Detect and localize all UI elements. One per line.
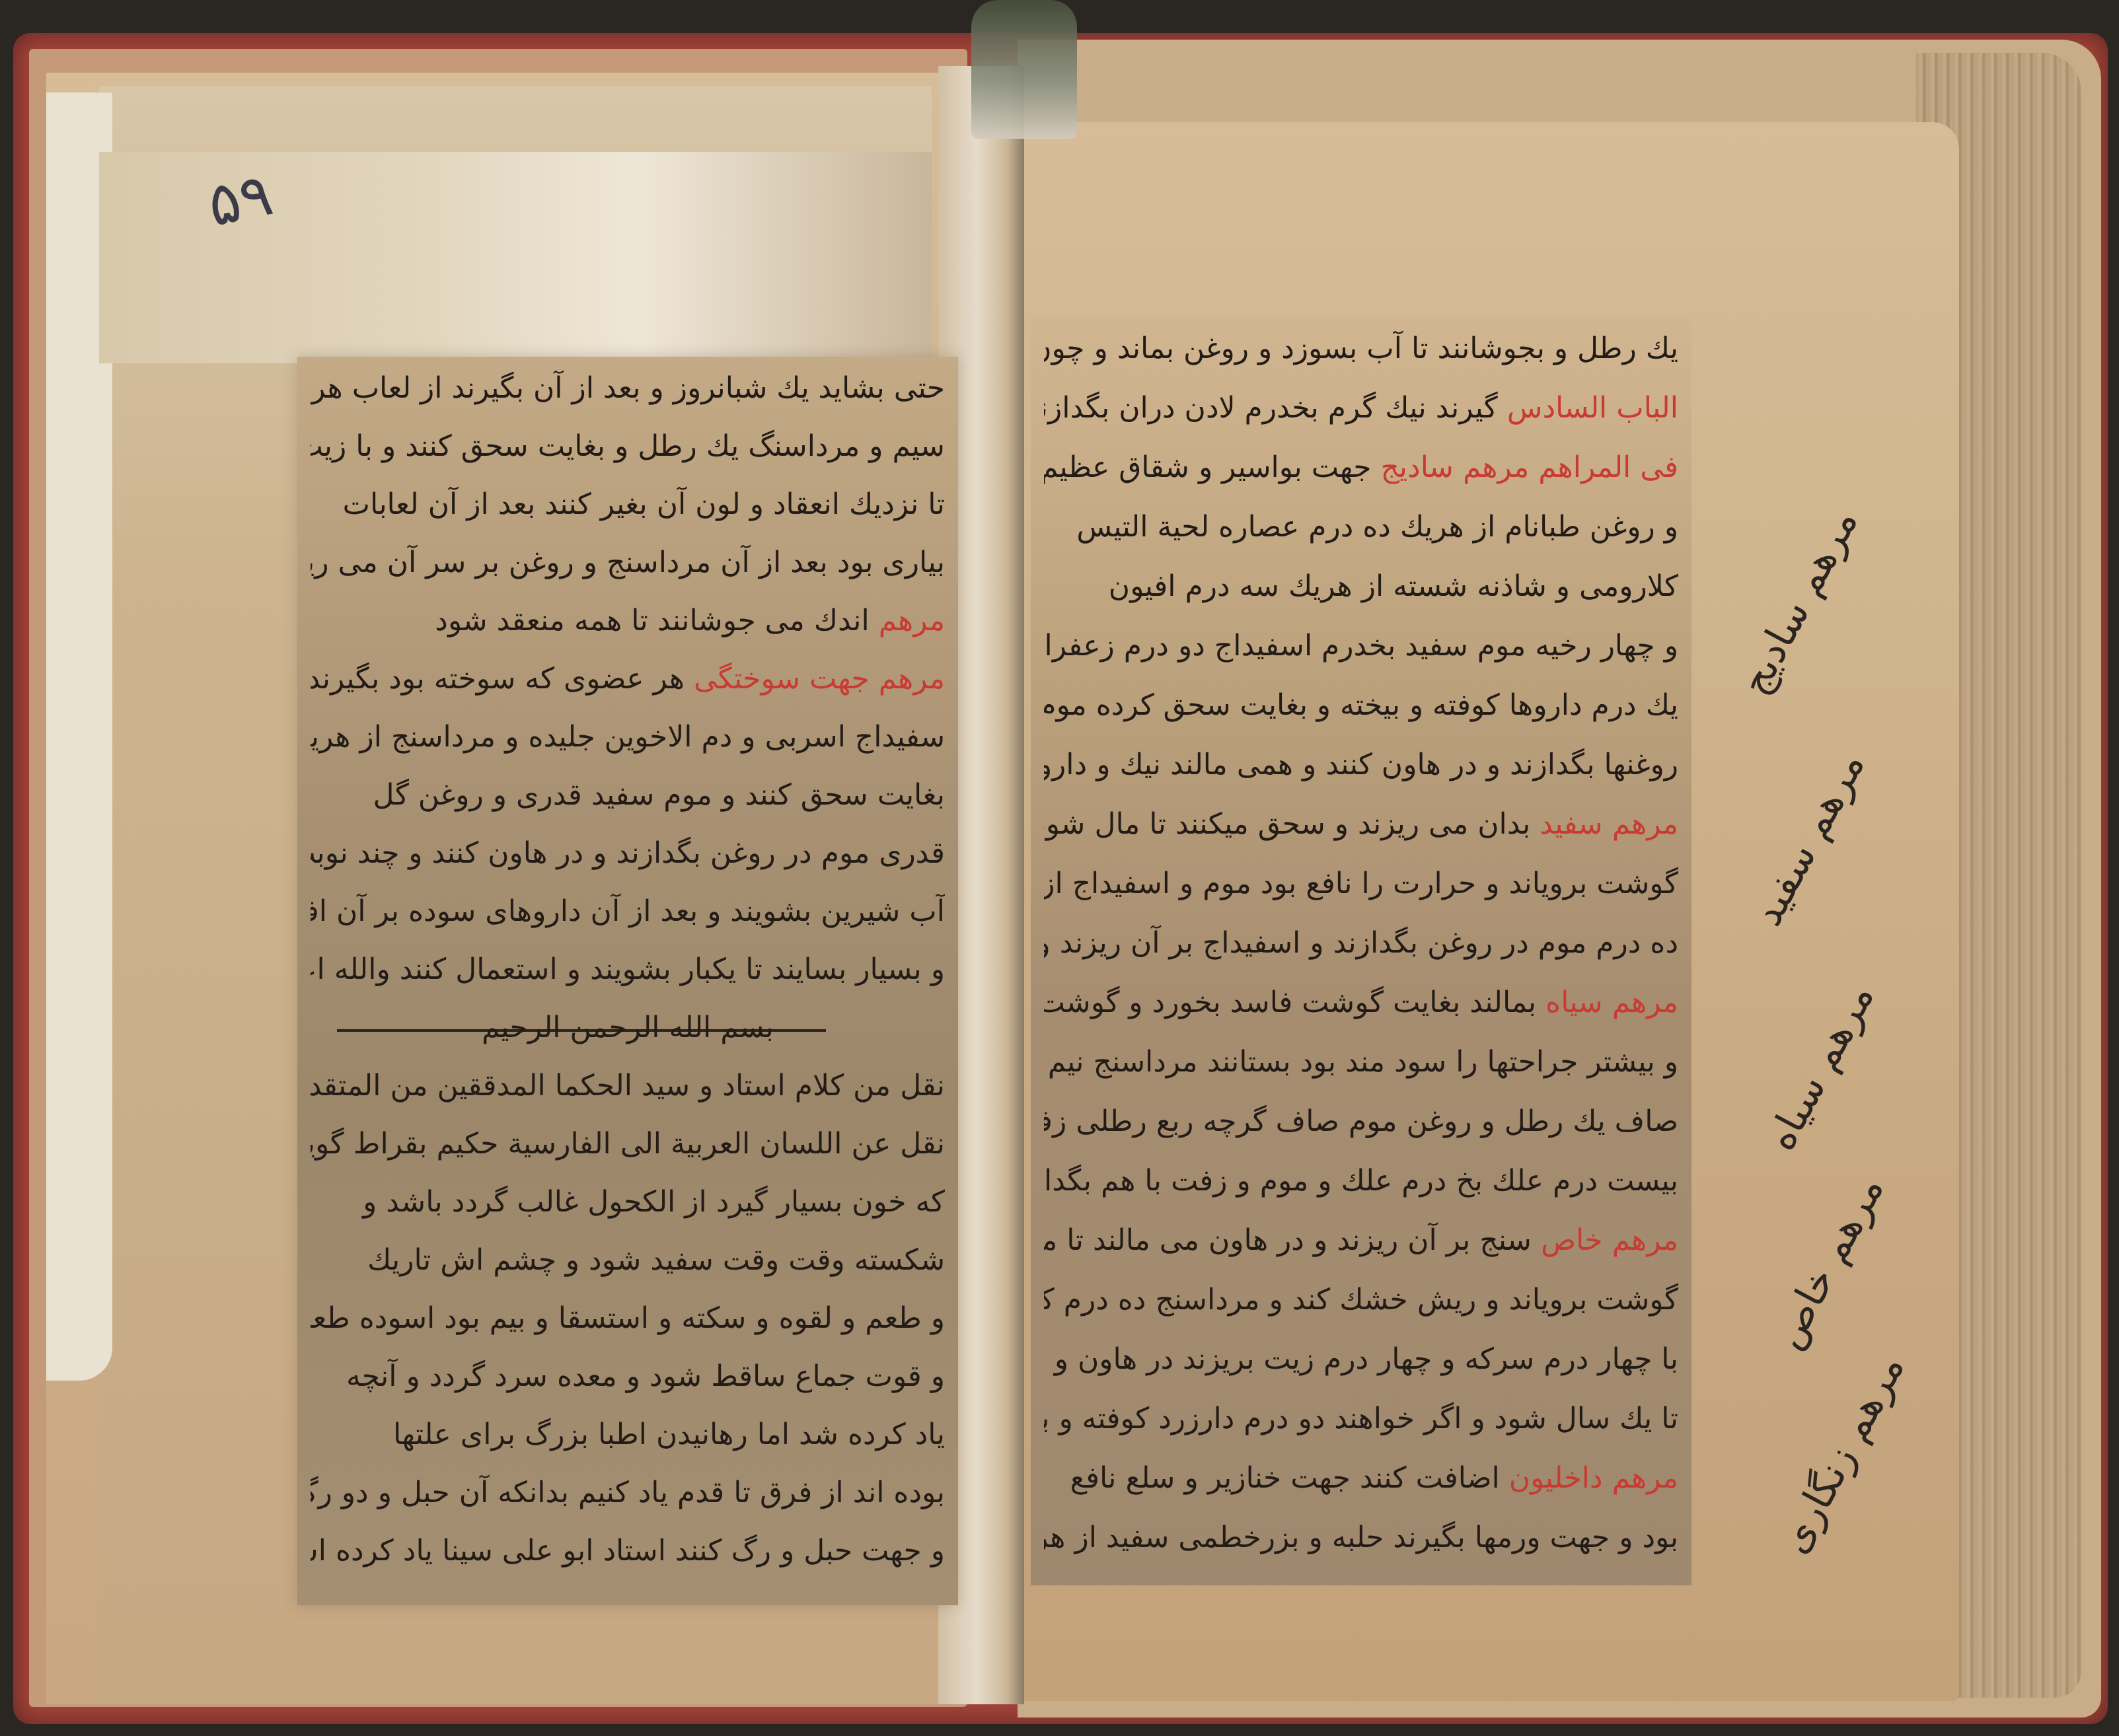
line-text: سنج بر آن ریزند و در هاون می مالند تا من… — [1044, 1223, 1532, 1257]
manuscript-line: سیم و مرداسنگ یك رطل و بغایت سحق كنند و … — [311, 428, 945, 465]
manuscript-line: تا نزدیك انعقاد و لون آن بغیر كنند بعد ا… — [311, 486, 945, 523]
line-text: بود و جهت ورمها بگیرند حلبه و بزرخطمی سف… — [1044, 1521, 1678, 1554]
manuscript-line: مرهم سفید بدان می ریزند و سحق میكنند تا … — [1044, 806, 1678, 843]
line-text: بیاری بود بعد از آن مرداسنج و روغن بر سر… — [311, 546, 945, 579]
line-text: و بیشتر جراحتها را سود مند بود بستانند م… — [1044, 1045, 1678, 1079]
line-text: تا نزدیك انعقاد و لون آن بغیر كنند بعد ا… — [343, 488, 945, 521]
rubric-heading: مرهم سفید — [1540, 807, 1678, 841]
line-text: بیست درم علك بخ درم علك و موم و زفت با ه… — [1044, 1164, 1678, 1198]
rubric-heading: مرهم سیاه — [1545, 986, 1678, 1019]
line-text: صاف یك رطل و روغن موم صاف گرچه ربع رطلی … — [1044, 1104, 1678, 1138]
line-text: جهت بواسیر و شقاق عظیم نافع اگر ریشه — [1044, 451, 1371, 484]
line-text: گیرند نیك گرم بخدرم لادن دران بگدازند — [1044, 391, 1498, 425]
manuscript-line: ده درم موم در روغن بگدازند و اسفیداج بر … — [1044, 925, 1678, 962]
manuscript-line: كلارومی و شاذنه شسته از هریك سه درم افیو… — [1044, 568, 1678, 605]
line-text: یك رطل و بجوشانند تا آب بسوزد و روغن بما… — [1044, 332, 1678, 365]
manuscript-line: نقل من كلام استاد و سید الحكما المدققین … — [311, 1067, 945, 1104]
line-text: گوشت برویاند و ریش خشك كند و مرداسنج ده … — [1044, 1283, 1678, 1317]
manuscript-spread: ۵۹ حتی بشاید یك شبانروز و بعد از آن بگیر… — [0, 0, 2119, 1736]
line-text: سیم و مرداسنگ یك رطل و بغایت سحق كنند و … — [311, 429, 945, 463]
line-text: نقل من كلام استاد و سید الحكما المدققین … — [311, 1069, 945, 1103]
manuscript-line: بیاری بود بعد از آن مرداسنج و روغن بر سر… — [311, 544, 945, 581]
manuscript-line: یك درم داروها كوفته و بیخته و بغایت سحق … — [1044, 687, 1678, 724]
manuscript-line: كه خون بسیار گیرد از الكحول غالب گردد با… — [311, 1184, 945, 1221]
manuscript-line: قدری موم در روغن بگدازند و در هاون كنند … — [311, 835, 945, 872]
manuscript-line: مرهم اندك می جوشانند تا همه منعقد شود — [311, 602, 945, 639]
line-text: سفیداج اسربی و دم الاخوین جلیده و مرداسن… — [311, 720, 945, 754]
manuscript-line: یاد كرده شد اما رهانیدن اطبا بزرگ برای ع… — [311, 1416, 945, 1453]
rubric-heading: الباب السادس — [1507, 391, 1678, 425]
manuscript-line: و طعم و لقوه و سكته و استسقا و بیم بود ا… — [311, 1300, 945, 1337]
manuscript-line: نقل عن اللسان العربیة الی الفارسیة حكیم … — [311, 1126, 945, 1163]
line-text: بغایت سحق كنند و موم سفید قدری و روغن گل — [373, 778, 945, 812]
line-text: كه خون بسیار گیرد از الكحول غالب گردد با… — [363, 1185, 945, 1219]
right-text-panel: یك رطل و بجوشانند تا آب بسوزد و روغن بما… — [1031, 317, 1691, 1585]
manuscript-line: فی المراهم مرهم سادیج جهت بواسیر و شقاق … — [1044, 449, 1678, 486]
line-text: و چهار رخیه موم سفید بخدرم اسفیداج دو در… — [1044, 629, 1678, 663]
manuscript-line: گوشت برویاند و حرارت را نافع بود موم و ا… — [1044, 865, 1678, 902]
rubric-heading: مرهم خاص — [1541, 1223, 1678, 1257]
line-text: بمالند بغایت گوشت فاسد بخورد و گوشت نو ب… — [1044, 986, 1536, 1019]
manuscript-line: و بسیار بسایند تا یكبار بشویند و استعمال… — [311, 951, 945, 988]
rubric-heading: فی المراهم مرهم سادیج — [1380, 451, 1678, 484]
manuscript-line: و چهار رخیه موم سفید بخدرم اسفیداج دو در… — [1044, 628, 1678, 665]
manuscript-line: صاف یك رطل و روغن موم صاف گرچه ربع رطلی … — [1044, 1103, 1678, 1140]
line-text: گوشت برویاند و حرارت را نافع بود موم و ا… — [1044, 867, 1678, 900]
line-text: و بسیار بسایند تا یكبار بشویند و استعمال… — [311, 953, 945, 986]
manuscript-line: و قوت جماع ساقط شود و معده سرد گردد و آن… — [311, 1358, 945, 1395]
manuscript-line: گوشت برویاند و ریش خشك كند و مرداسنج ده … — [1044, 1282, 1678, 1319]
manuscript-line: حتی بشاید یك شبانروز و بعد از آن بگیرند … — [311, 370, 945, 407]
manuscript-line: و روغن طبانام از هریك ده درم عصاره لحیة … — [1044, 509, 1678, 546]
manuscript-line: بوده اند از فرق تا قدم یاد كنیم بدانكه آ… — [311, 1474, 945, 1511]
manuscript-line: شكسته وقت وقت سفید شود و چشم اش تاریك — [311, 1242, 945, 1279]
manuscript-line: مرهم خاص سنج بر آن ریزند و در هاون می ما… — [1044, 1222, 1678, 1259]
manuscript-line: یك رطل و بجوشانند تا آب بسوزد و روغن بما… — [1044, 330, 1678, 367]
manuscript-line: بود و جهت ورمها بگیرند حلبه و بزرخطمی سف… — [1044, 1519, 1678, 1556]
spine-damage — [971, 0, 1077, 139]
line-text: با چهار درم سركه و چهار درم زیت بریزند د… — [1044, 1342, 1678, 1376]
line-text: اضافت كنند جهت خنازیر و سلع نافع — [1070, 1461, 1499, 1495]
line-text: بسم الله الرحمن الرحیم — [482, 1011, 774, 1044]
line-text: بوده اند از فرق تا قدم یاد كنیم بدانكه آ… — [311, 1476, 945, 1509]
rubric-heading: مرهم جهت سوختگی — [694, 662, 945, 696]
line-text: شكسته وقت وقت سفید شود و چشم اش تاریك — [367, 1243, 945, 1277]
manuscript-line: مرهم داخلیون اضافت كنند جهت خنازیر و سلع… — [1044, 1460, 1678, 1497]
manuscript-line: بیست درم علك بخ درم علك و موم و زفت با ه… — [1044, 1163, 1678, 1200]
line-text: هر عضوی كه سوخته بود بگیرند — [311, 662, 685, 696]
manuscript-line: و بیشتر جراحتها را سود مند بود بستانند م… — [1044, 1044, 1678, 1081]
line-text: بدان می ریزند و سحق میكنند تا مال شود — [1044, 807, 1530, 841]
line-text: اندك می جوشانند تا همه منعقد شود — [435, 604, 869, 637]
line-text: ده درم موم در روغن بگدازند و اسفیداج بر … — [1044, 926, 1678, 960]
line-text: قدری موم در روغن بگدازند و در هاون كنند … — [311, 836, 945, 870]
line-text: نقل عن اللسان العربیة الی الفارسیة حكیم … — [311, 1127, 945, 1161]
line-text: و جهت حبل و رگ كنند استاد ابو علی سینا ی… — [311, 1534, 945, 1568]
line-text: و طعم و لقوه و سكته و استسقا و بیم بود ا… — [311, 1301, 945, 1335]
line-text: یاد كرده شد اما رهانیدن اطبا بزرگ برای ع… — [393, 1418, 945, 1451]
line-text: حتی بشاید یك شبانروز و بعد از آن بگیرند … — [311, 371, 945, 405]
line-text: و قوت جماع ساقط شود و معده سرد گردد و آن… — [346, 1359, 945, 1393]
manuscript-line: مرهم سیاه بمالند بغایت گوشت فاسد بخورد و… — [1044, 984, 1678, 1021]
left-text-panel: حتی بشاید یك شبانروز و بعد از آن بگیرند … — [297, 357, 958, 1605]
manuscript-line: الباب السادس گیرند نیك گرم بخدرم لادن در… — [1044, 390, 1678, 427]
manuscript-line: بغایت سحق كنند و موم سفید قدری و روغن گل — [311, 777, 945, 814]
rubric-heading: مرهم — [879, 604, 945, 637]
manuscript-line: تا یك سال شود و اگر خواهند دو درم دارزرد… — [1044, 1400, 1678, 1437]
line-text: یك درم داروها كوفته و بیخته و بغایت سحق … — [1044, 688, 1678, 722]
manuscript-line: بسم الله الرحمن الرحیم — [311, 1009, 945, 1046]
line-text: تا یك سال شود و اگر خواهند دو درم دارزرد… — [1044, 1402, 1678, 1435]
line-text: و روغن طبانام از هریك ده درم عصاره لحیة … — [1076, 510, 1678, 544]
line-text: آب شیرین بشویند و بعد از آن داروهای سوده… — [311, 894, 945, 928]
manuscript-line: و جهت حبل و رگ كنند استاد ابو علی سینا ی… — [311, 1533, 945, 1570]
manuscript-line: روغنها بگدازند و در هاون كنند و همی مالن… — [1044, 746, 1678, 783]
manuscript-line: مرهم جهت سوختگی هر عضوی كه سوخته بود بگی… — [311, 661, 945, 698]
line-text: كلارومی و شاذنه شسته از هریك سه درم افیو… — [1109, 569, 1678, 603]
manuscript-line: آب شیرین بشویند و بعد از آن داروهای سوده… — [311, 893, 945, 930]
line-text: روغنها بگدازند و در هاون كنند و همی مالن… — [1044, 748, 1678, 781]
manuscript-line: با چهار درم سركه و چهار درم زیت بریزند د… — [1044, 1341, 1678, 1378]
rubric-heading: مرهم داخلیون — [1509, 1461, 1678, 1495]
manuscript-line: سفیداج اسربی و دم الاخوین جلیده و مرداسن… — [311, 719, 945, 756]
